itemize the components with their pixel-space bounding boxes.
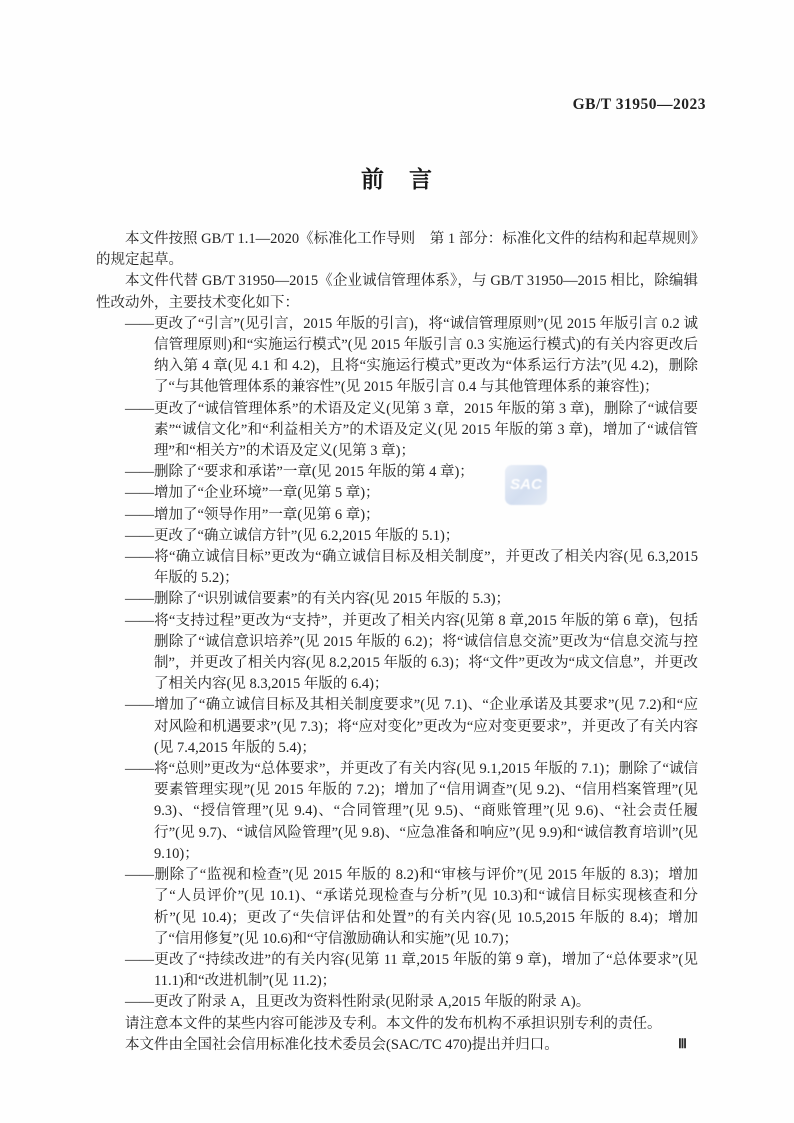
intro-paragraph: 本文件代替 GB/T 31950—2015《企业诚信管理体系》，与 GB/T 3… bbox=[96, 271, 698, 313]
page-number: Ⅲ bbox=[678, 1036, 687, 1052]
committee-attribution: 本文件由全国社会信用标准化技术委员会(SAC/TC 470)提出并归口。 bbox=[96, 1035, 698, 1056]
change-item: ——增加了“企业环境”一章(见第 5 章)； bbox=[96, 483, 698, 504]
change-item: ——将“总则”更改为“总体要求”，并更改了有关内容(见 9.1,2015 年版的… bbox=[96, 759, 698, 865]
change-item: ——删除了“要求和承诺”一章(见 2015 年版的第 4 章)； bbox=[96, 462, 698, 483]
change-item: ——更改了“引言”(见引言，2015 年版的引言)，将“诚信管理原则”(见 20… bbox=[96, 314, 698, 399]
document-page: GB/T 31950—2023 前 言 本文件按照 GB/T 1.1—2020《… bbox=[0, 0, 794, 1123]
patent-notice: 请注意本文件的某些内容可能涉及专利。本文件的发布机构不承担识别专利的责任。 bbox=[96, 1014, 698, 1035]
change-item: ——删除了“识别诚信要素”的有关内容(见 2015 年版的 5.3)； bbox=[96, 589, 698, 610]
change-item: ——更改了“持续改进”的有关内容(见第 11 章,2015 年版的第 9 章)，… bbox=[96, 950, 698, 992]
change-item: ——更改了“诚信管理体系”的术语及定义(见第 3 章，2015 年版的第 3 章… bbox=[96, 399, 698, 463]
intro-paragraph: 本文件按照 GB/T 1.1—2020《标准化工作导则 第 1 部分：标准化文件… bbox=[96, 229, 698, 271]
change-item: ——将“支持过程”更改为“支持”，并更改了相关内容(见第 8 章,2015 年版… bbox=[96, 611, 698, 696]
change-item: ——更改了附录 A，且更改为资料性附录(见附录 A,2015 年版的附录 A)。 bbox=[96, 992, 698, 1013]
page-title: 前 言 bbox=[0, 161, 794, 194]
foreword-body: 本文件按照 GB/T 1.1—2020《标准化工作导则 第 1 部分：标准化文件… bbox=[96, 229, 698, 1056]
change-item: ——更改了“确立诚信方针”(见 6.2,2015 年版的 5.1)； bbox=[96, 526, 698, 547]
standard-code-header: GB/T 31950—2023 bbox=[573, 96, 706, 114]
change-item: ——将“确立诚信目标”更改为“确立诚信目标及相关制度”，并更改了相关内容(见 6… bbox=[96, 547, 698, 589]
change-item: ——增加了“确立诚信目标及其相关制度要求”(见 7.1)、“企业承诺及其要求”(… bbox=[96, 695, 698, 759]
change-item: ——增加了“领导作用”一章(见第 6 章)； bbox=[96, 505, 698, 526]
sac-watermark-icon: SAC bbox=[505, 465, 547, 505]
change-item: ——删除了“监视和检查”(见 2015 年版的 8.2)和“审核与评价”(见 2… bbox=[96, 865, 698, 950]
